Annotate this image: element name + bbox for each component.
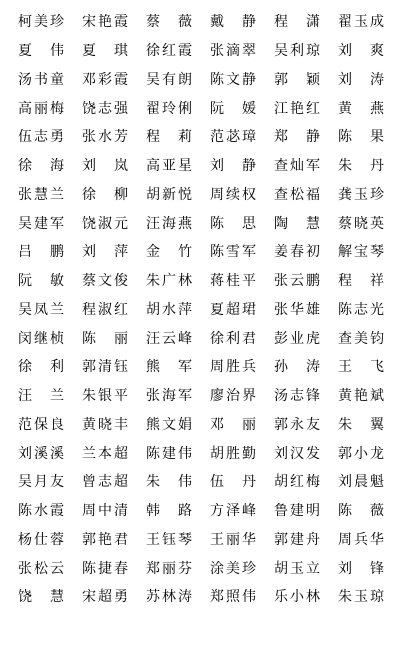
name-cell: 周续权	[209, 187, 257, 203]
name-cell: 高丽梅	[17, 101, 65, 117]
name-cell: 陈文静	[209, 72, 257, 88]
table-row: 吴凤兰程淑红胡水萍夏超珺张华雄陈志光	[17, 296, 400, 325]
name-cell: 徐利君	[209, 331, 257, 347]
name-cell: 刘静	[209, 158, 257, 174]
name-cell: 王钰琴	[145, 532, 193, 548]
name-cell: 汪海燕	[145, 216, 193, 232]
table-row: 张慧兰徐柳胡新悦周续权查松福龚玉珍	[17, 181, 400, 210]
name-cell: 金竹	[145, 244, 193, 260]
name-cell: 张慧兰	[17, 187, 65, 203]
name-cell: 朱玉琼	[337, 589, 385, 605]
table-row: 伍志勇张水芳程莉范苾璋郑静陈果	[17, 123, 400, 152]
name-cell: 张松云	[17, 561, 65, 577]
name-cell: 王飞	[337, 359, 385, 375]
name-cell: 张云鹏	[273, 273, 321, 289]
name-cell: 黄晓丰	[81, 417, 129, 433]
name-cell: 郑静	[273, 129, 321, 145]
name-cell: 蒋桂平	[209, 273, 257, 289]
name-cell: 彭业虎	[273, 331, 321, 347]
name-cell: 胡新悦	[145, 187, 193, 203]
name-cell: 陈薇	[337, 503, 385, 519]
name-cell: 吴利琼	[273, 43, 321, 59]
name-cell: 解宝琴	[337, 244, 385, 260]
table-row: 吴建军饶淑元汪海燕陈思陶慧蔡晓英	[17, 209, 400, 238]
name-cell: 黄燕	[337, 101, 385, 117]
name-cell: 宋超勇	[81, 589, 129, 605]
name-cell: 朱广林	[145, 273, 193, 289]
name-cell: 陈志光	[337, 302, 385, 318]
name-cell: 邓丽	[209, 417, 257, 433]
name-cell: 陈丽	[81, 331, 129, 347]
name-cell: 吴有朗	[145, 72, 193, 88]
name-cell: 陈建伟	[145, 446, 193, 462]
name-cell: 张华雄	[273, 302, 321, 318]
name-cell: 苏林涛	[145, 589, 193, 605]
name-cell: 郭小龙	[337, 446, 385, 462]
name-cell: 胡玉立	[273, 561, 321, 577]
table-row: 夏伟夏琪徐红霞张滴翠吴利琼刘爽	[17, 37, 400, 66]
name-cell: 夏伟	[17, 43, 65, 59]
table-row: 徐海刘岚高亚星刘静查灿军朱丹	[17, 152, 400, 181]
name-cell: 范保良	[17, 417, 65, 433]
name-cell: 郭艳君	[81, 532, 129, 548]
table-row: 汪兰朱银平张海军廖治界汤志锋黄艳斌	[17, 382, 400, 411]
name-cell: 姜春初	[273, 244, 321, 260]
name-cell: 程莉	[145, 129, 193, 145]
name-cell: 查美钧	[337, 331, 385, 347]
name-cell: 孙涛	[273, 359, 321, 375]
name-cell: 吴月友	[17, 474, 65, 490]
name-cell: 刘岚	[81, 158, 129, 174]
table-row: 徐利郭清钰熊军周胜兵孙涛王飞	[17, 353, 400, 382]
name-cell: 郭建舟	[273, 532, 321, 548]
name-cell: 柯美珍	[17, 14, 65, 30]
name-cell: 胡胜勤	[209, 446, 257, 462]
name-cell: 陶慧	[273, 216, 321, 232]
name-cell: 郑丽芬	[145, 561, 193, 577]
name-cell: 刘锋	[337, 561, 385, 577]
table-row: 刘溪溪兰本超陈建伟胡胜勤刘汉发郭小龙	[17, 439, 400, 468]
name-cell: 翟玉成	[337, 14, 385, 30]
name-cell: 宋艳霞	[81, 14, 129, 30]
name-cell: 阮敏	[17, 273, 65, 289]
table-row: 阮敏蔡文俊朱广林蒋桂平张云鹏程祥	[17, 267, 400, 296]
name-cell: 饶慧	[17, 589, 65, 605]
name-cell: 龚玉珍	[337, 187, 385, 203]
name-cell: 熊军	[145, 359, 193, 375]
name-table: 柯美珍宋艳霞蔡薇戴静程潇翟玉成夏伟夏琪徐红霞张滴翠吴利琼刘爽汤书童邓彩霞吴有朗陈…	[17, 8, 400, 612]
name-cell: 饶志强	[81, 101, 129, 117]
table-row: 高丽梅饶志强翟玲俐阮媛江艳红黄燕	[17, 94, 400, 123]
table-row: 张松云陈捷春郑丽芬涂美珍胡玉立刘锋	[17, 554, 400, 583]
name-cell: 蔡晓英	[337, 216, 385, 232]
name-cell: 查松福	[273, 187, 321, 203]
name-cell: 吴建军	[17, 216, 65, 232]
table-row: 吴月友曾志超朱伟伍丹胡红梅刘晨魁	[17, 468, 400, 497]
name-cell: 郭清钰	[81, 359, 129, 375]
name-cell: 曾志超	[81, 474, 129, 490]
name-cell: 饶淑元	[81, 216, 129, 232]
name-cell: 杨仕蓉	[17, 532, 65, 548]
name-cell: 蔡文俊	[81, 273, 129, 289]
name-cell: 徐利	[17, 359, 65, 375]
name-cell: 郭永友	[273, 417, 321, 433]
name-cell: 陈水霞	[17, 503, 65, 519]
table-row: 柯美珍宋艳霞蔡薇戴静程潇翟玉成	[17, 8, 400, 37]
name-cell: 邓彩霞	[81, 72, 129, 88]
name-cell: 郭颖	[273, 72, 321, 88]
name-cell: 熊文娟	[145, 417, 193, 433]
name-cell: 王丽华	[209, 532, 257, 548]
table-row: 吕鹏刘萍金竹陈雪军姜春初解宝琴	[17, 238, 400, 267]
table-row: 杨仕蓉郭艳君王钰琴王丽华郭建舟周兵华	[17, 526, 400, 555]
name-cell: 胡红梅	[273, 474, 321, 490]
name-cell: 张水芳	[81, 129, 129, 145]
name-cell: 周兵华	[337, 532, 385, 548]
name-cell: 陈雪军	[209, 244, 257, 260]
name-cell: 涂美珍	[209, 561, 257, 577]
name-cell: 徐海	[17, 158, 65, 174]
name-cell: 刘萍	[81, 244, 129, 260]
name-cell: 周中清	[81, 503, 129, 519]
name-cell: 兰本超	[81, 446, 129, 462]
table-row: 汤书童邓彩霞吴有朗陈文静郭颖刘涛	[17, 66, 400, 95]
name-cell: 鲁建明	[273, 503, 321, 519]
name-cell: 夏琪	[81, 43, 129, 59]
table-row: 饶慧宋超勇苏林涛郑照伟乐小林朱玉琼	[17, 583, 400, 612]
name-cell: 陈果	[337, 129, 385, 145]
name-cell: 张滴翠	[209, 43, 257, 59]
name-cell: 方泽峰	[209, 503, 257, 519]
name-cell: 徐红霞	[145, 43, 193, 59]
name-cell: 翟玲俐	[145, 101, 193, 117]
name-cell: 江艳红	[273, 101, 321, 117]
name-cell: 高亚星	[145, 158, 193, 174]
name-cell: 戴静	[209, 14, 257, 30]
name-cell: 汤志锋	[273, 388, 321, 404]
name-cell: 徐柳	[81, 187, 129, 203]
name-cell: 郑照伟	[209, 589, 257, 605]
name-cell: 廖治界	[209, 388, 257, 404]
name-cell: 刘晨魁	[337, 474, 385, 490]
name-cell: 朱银平	[81, 388, 129, 404]
name-cell: 刘爽	[337, 43, 385, 59]
name-cell: 夏超珺	[209, 302, 257, 318]
name-cell: 程淑红	[81, 302, 129, 318]
name-cell: 刘涛	[337, 72, 385, 88]
name-cell: 伍志勇	[17, 129, 65, 145]
name-cell: 阮媛	[209, 101, 257, 117]
table-row: 范保良黄晓丰熊文娟邓丽郭永友朱翼	[17, 411, 400, 440]
name-cell: 程潇	[273, 14, 321, 30]
name-cell: 胡水萍	[145, 302, 193, 318]
name-cell: 陈思	[209, 216, 257, 232]
name-cell: 汪云峰	[145, 331, 193, 347]
name-cell: 吕鹏	[17, 244, 65, 260]
name-cell: 蔡薇	[145, 14, 193, 30]
name-cell: 伍丹	[209, 474, 257, 490]
name-cell: 张海军	[145, 388, 193, 404]
name-cell: 韩路	[145, 503, 193, 519]
name-cell: 朱翼	[337, 417, 385, 433]
name-cell: 朱伟	[145, 474, 193, 490]
name-cell: 范苾璋	[209, 129, 257, 145]
name-cell: 刘汉发	[273, 446, 321, 462]
table-row: 闵继桢陈丽汪云峰徐利君彭业虎查美钧	[17, 324, 400, 353]
name-cell: 闵继桢	[17, 331, 65, 347]
name-cell: 程祥	[337, 273, 385, 289]
name-cell: 周胜兵	[209, 359, 257, 375]
name-cell: 汤书童	[17, 72, 65, 88]
name-cell: 陈捷春	[81, 561, 129, 577]
name-cell: 吴凤兰	[17, 302, 65, 318]
name-cell: 乐小林	[273, 589, 321, 605]
table-row: 陈水霞周中清韩路方泽峰鲁建明陈薇	[17, 497, 400, 526]
name-cell: 汪兰	[17, 388, 65, 404]
name-cell: 黄艳斌	[337, 388, 385, 404]
name-cell: 朱丹	[337, 158, 385, 174]
name-cell: 刘溪溪	[17, 446, 65, 462]
name-cell: 查灿军	[273, 158, 321, 174]
